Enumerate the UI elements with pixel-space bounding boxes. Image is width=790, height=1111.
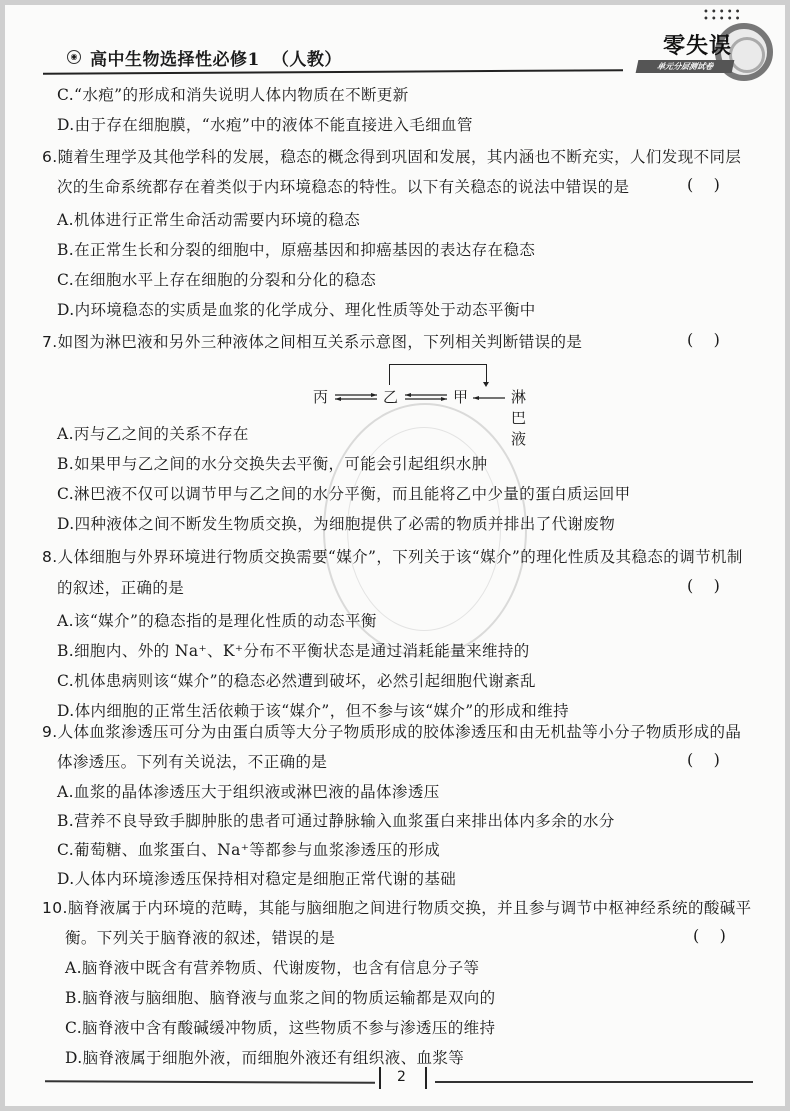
question-10-option-c[interactable]: C.脑脊液中含有酸碱缓冲物质，这些物质不参与渗透压的维持: [65, 1016, 495, 1038]
question-9-stem-line-2: 体渗透压。下列有关说法，不正确的是: [57, 750, 327, 772]
answer-blank-8[interactable]: ( ): [687, 576, 720, 595]
document-page: ◉ 高中生物选择性必修1（人教） •••••••••• 零失误 单元分层测试卷 …: [5, 5, 785, 1106]
question-6-stem-line-2: 次的生命系统都存在着类似于内环境稳态的特性。以下有关稳态的说法中错误的是: [57, 175, 629, 197]
brand-tagline: 单元分层测试卷: [636, 60, 735, 73]
option-c-prev: C.“水疱”的形成和消失说明人体内物质在不断更新: [57, 83, 409, 105]
answer-blank-10[interactable]: ( ): [693, 926, 726, 945]
book-series-icon: ◉: [67, 50, 81, 64]
question-9-stem-line-1: 9.人体血浆渗透压可分为由蛋白质等大分子物质形成的胶体渗透压和由无机盐等小分子物…: [42, 720, 741, 742]
answer-blank-7[interactable]: ( ): [687, 330, 720, 349]
brand-logo: •••••••••• 零失误 单元分层测试卷: [615, 7, 775, 75]
answer-blank-6[interactable]: ( ): [687, 175, 720, 194]
question-7-stem-line-1: 7.如图为淋巴液和另外三种液体之间相互关系示意图，下列相关判断错误的是: [42, 330, 582, 352]
question-10-stem-line-1: 10.脑脊液属于内环境的范畴，其能与脑细胞之间进行物质交换，并且参与调节中枢神经…: [42, 896, 752, 918]
book-title-text: 高中生物选择性必修1: [90, 50, 260, 70]
question-7-option-b[interactable]: B.如果甲与乙之间的水分交换失去平衡，可能会引起组织水肿: [57, 452, 488, 474]
arrow-left-icon: [471, 395, 507, 403]
bidirectional-arrow-icon: [403, 393, 449, 401]
question-9-option-b[interactable]: B.营养不良导致手脚肿胀的患者可通过静脉输入血浆蛋白来排出体内多余的水分: [57, 809, 615, 831]
header-divider: [43, 69, 623, 75]
footer-bar-right: [425, 1067, 427, 1089]
fluid-relationship-diagram: 丙 乙 甲 淋巴液: [305, 360, 525, 410]
question-8-option-c[interactable]: C.机体患病则该“媒介”的稳态必然遭到破坏，必然引起细胞代谢紊乱: [57, 669, 536, 691]
question-10-option-a[interactable]: A.脑脊液中既含有营养物质、代谢废物，也含有信息分子等: [65, 956, 479, 978]
page-header: ◉ 高中生物选择性必修1（人教） •••••••••• 零失误 单元分层测试卷: [5, 5, 785, 80]
brand-name: 零失误: [663, 29, 732, 60]
question-10-option-b[interactable]: B.脑脊液与脑细胞、脑脊液与血浆之间的物质运输都是双向的: [65, 986, 496, 1008]
question-9-option-d[interactable]: D.人体内环境渗透压保持相对稳定是细胞正常代谢的基础: [57, 867, 456, 889]
bidirectional-arrow-icon: [333, 393, 379, 401]
question-6-option-d[interactable]: D.内环境稳态的实质是血浆的化学成分、理化性质等处于动态平衡中: [57, 298, 536, 320]
diagram-node-jia: 甲: [453, 386, 468, 407]
diagram-node-yi: 乙: [383, 386, 398, 407]
edition-label: （人教）: [272, 50, 342, 70]
footer-divider-left: [45, 1080, 375, 1083]
diagram-connector-yi-to-lymph: [389, 364, 487, 385]
question-8-option-a[interactable]: A.该“媒介”的稳态指的是理化性质的动态平衡: [57, 609, 377, 631]
question-10-option-d[interactable]: D.脑脊液属于细胞外液，而细胞外液还有组织液、血浆等: [65, 1046, 464, 1068]
question-9-option-c[interactable]: C.葡萄糖、血浆蛋白、Na⁺等都参与血浆渗透压的形成: [57, 838, 440, 860]
question-8-stem-line-1: 8.人体细胞与外界环境进行物质交换需要“媒介”，下列关于该“媒介”的理化性质及其…: [42, 545, 743, 567]
question-6-option-b[interactable]: B.在正常生长和分裂的细胞中，原癌基因和抑癌基因的表达存在稳态: [57, 238, 535, 260]
question-6-stem-line-1: 6.随着生理学及其他学科的发展，稳态的概念得到巩固和发展，其内涵也不断充实，人们…: [42, 145, 741, 167]
question-8-stem-line-2: 的叙述，正确的是: [57, 576, 184, 598]
footer-bar-left: [379, 1067, 381, 1089]
option-d-prev: D.由于存在细胞膜，“水疱”中的液体不能直接进入毛细血管: [57, 113, 473, 135]
arrow-down-icon: [483, 382, 489, 387]
question-10-stem-line-2: 衡。下列关于脑脊液的叙述，错误的是: [65, 926, 335, 948]
dots-decoration-icon: ••••••••••: [703, 9, 743, 23]
diagram-node-lymph: 淋巴液: [511, 386, 526, 449]
question-7-option-c[interactable]: C.淋巴液不仅可以调节甲与乙之间的水分平衡，而且能将乙中少量的蛋白质运回甲: [57, 482, 631, 504]
footer-divider-right: [435, 1081, 753, 1083]
question-6-option-c[interactable]: C.在细胞水平上存在细胞的分裂和分化的稳态: [57, 268, 376, 290]
question-7-option-d[interactable]: D.四种液体之间不断发生物质交换，为细胞提供了必需的物质并排出了代谢废物: [57, 512, 615, 534]
question-8-option-d[interactable]: D.体内细胞的正常生活依赖于该“媒介”，但不参与该“媒介”的形成和维持: [57, 699, 569, 721]
page-number: 2: [397, 1069, 406, 1085]
question-9-option-a[interactable]: A.血浆的晶体渗透压大于组织液或淋巴液的晶体渗透压: [57, 780, 440, 802]
question-8-option-b[interactable]: B.细胞内、外的 Na⁺、K⁺分布不平衡状态是通过消耗能量来维持的: [57, 639, 530, 661]
question-7-option-a[interactable]: A.丙与乙之间的关系不存在: [57, 422, 249, 444]
question-6-option-a[interactable]: A.机体进行正常生命活动需要内环境的稳态: [57, 208, 360, 230]
diagram-node-bing: 丙: [313, 386, 328, 407]
answer-blank-9[interactable]: ( ): [687, 750, 720, 769]
book-title: 高中生物选择性必修1（人教）: [90, 45, 342, 70]
